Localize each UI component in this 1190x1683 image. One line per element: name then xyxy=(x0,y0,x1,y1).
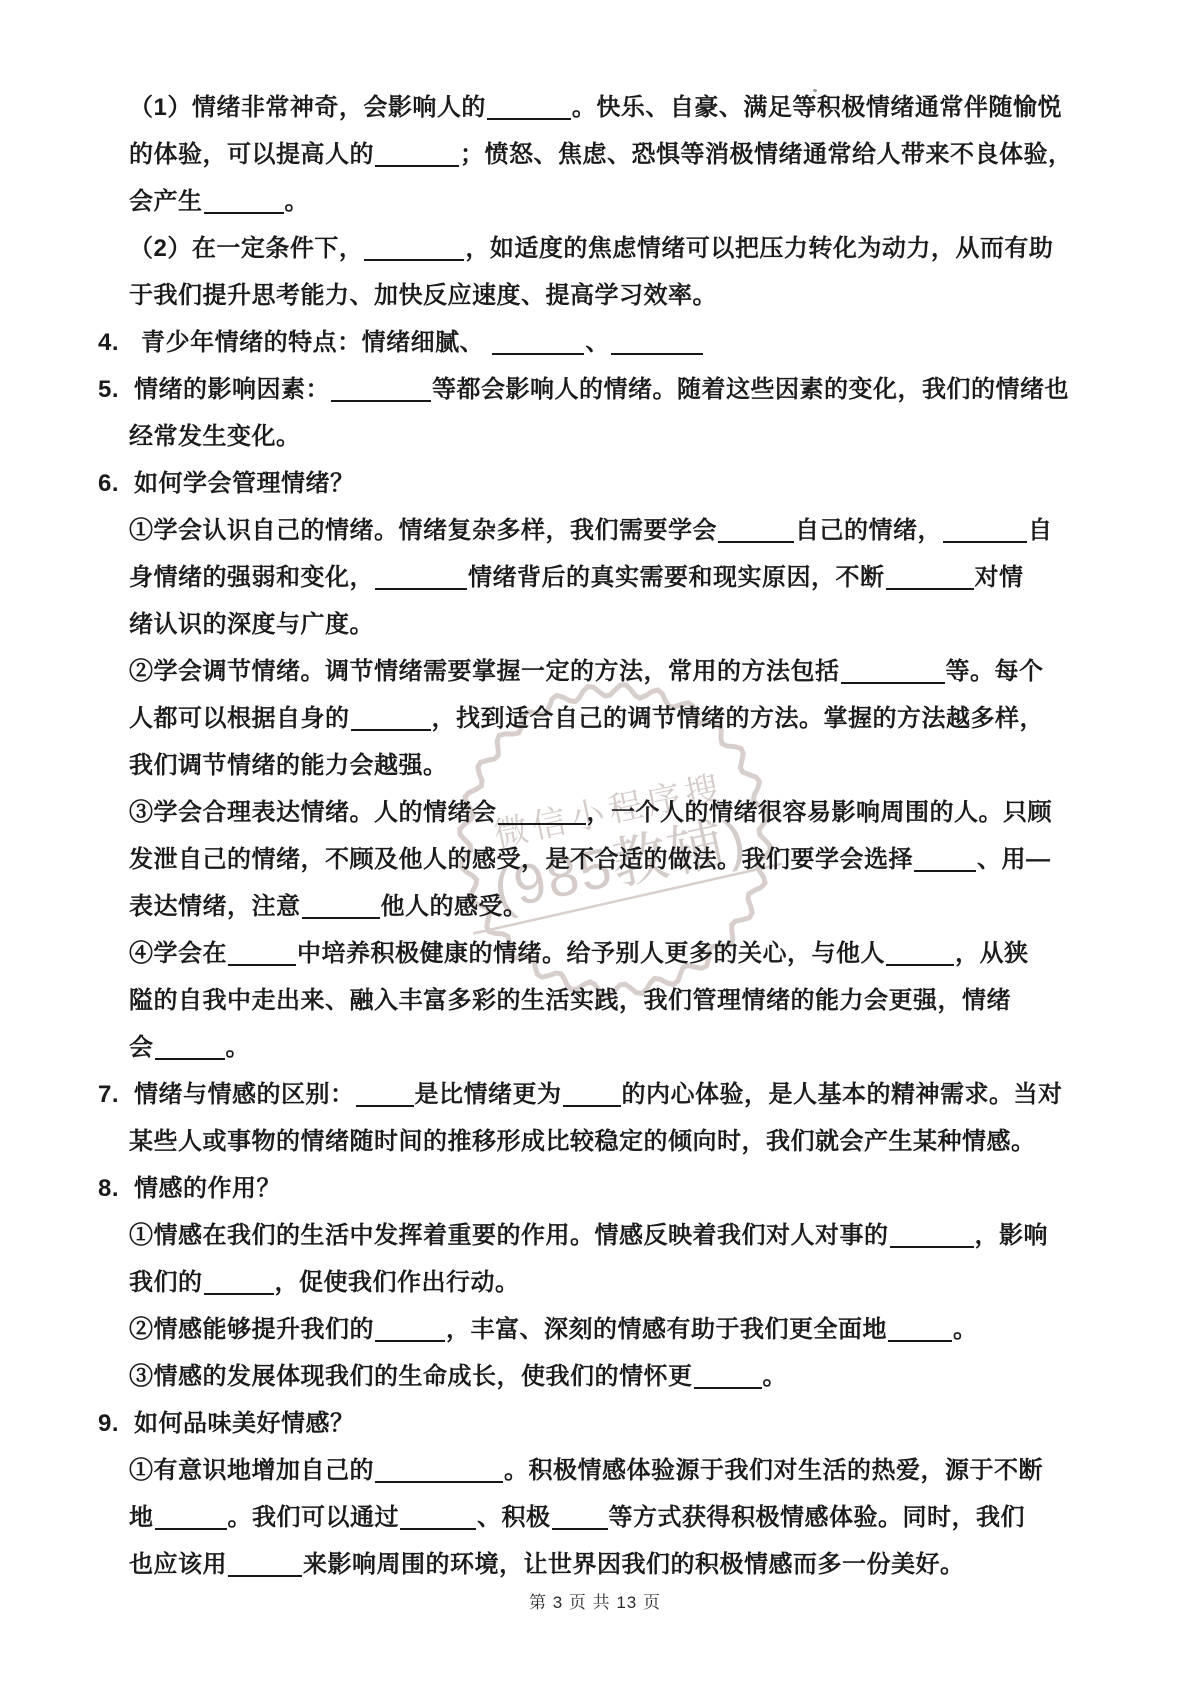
fill-in-blank xyxy=(155,1056,225,1060)
text-run: ，影响 xyxy=(975,1222,1049,1249)
text-run: ④学会在 xyxy=(129,940,227,967)
doc-line: 于我们提升思考能力、加快反应速度、提高学习效率。 xyxy=(0,272,1190,319)
text-run: 青少年情绪的特点：情绪细腻、 xyxy=(134,329,491,356)
doc-line: 绪认识的深度与广度。 xyxy=(0,601,1190,648)
doc-line: ①有意识地增加自己的。积极情感体验源于我们对生活的热爱，源于不断 xyxy=(0,1447,1190,1494)
fill-in-blank xyxy=(400,1526,476,1530)
doc-line: ②情感能够提升我们的，丰富、深刻的情感有助于我们更全面地。 xyxy=(0,1306,1190,1353)
text-run: 我们调节情绪的能力会越强。 xyxy=(129,752,448,779)
text-run: 他人的感受。 xyxy=(381,893,528,920)
text-run: 隘的自我中走出来、融入丰富多彩的生活实践，我们管理情绪的能力会更强，情绪 xyxy=(129,987,1011,1014)
doc-line: 5.情绪的影响因素：等都会影响人的情绪。随着这些因素的变化，我们的情绪也 xyxy=(0,366,1190,413)
fill-in-blank xyxy=(204,210,284,214)
text-run: 。我们可以通过 xyxy=(228,1504,400,1531)
text-run: ，从狭 xyxy=(955,940,1029,967)
text-run: ③学会合理表达情绪。人的情绪会 xyxy=(129,799,497,826)
doc-line: 隘的自我中走出来、融入丰富多彩的生活实践，我们管理情绪的能力会更强，情绪 xyxy=(0,977,1190,1024)
doc-line: （1）情绪非常神奇，会影响人的。快乐、自豪、满足等积极情绪通常伴随愉悦 xyxy=(0,84,1190,131)
fill-in-blank xyxy=(302,915,380,919)
text-run: 于我们提升思考能力、加快反应速度、提高学习效率。 xyxy=(129,282,717,309)
fill-in-blank xyxy=(841,680,945,684)
doc-line: 某些人或事物的情绪随时间的推移形成比较稳定的倾向时，我们就会产生某种情感。 xyxy=(0,1118,1190,1165)
text-run: 、积极 xyxy=(477,1504,551,1531)
item-number: 5. xyxy=(98,366,134,413)
text-run: 也应该用 xyxy=(129,1551,227,1578)
text-run: 。积极情感体验源于我们对生活的热爱，源于不断 xyxy=(504,1457,1043,1484)
doc-line: 6.如何学会管理情绪？ xyxy=(0,460,1190,507)
text-run: 。 xyxy=(763,1363,788,1390)
text-run: 、用— xyxy=(977,846,1051,873)
text-run: 对情 xyxy=(975,564,1024,591)
page-footer: 第 3 页 共 13 页 xyxy=(0,1592,1190,1614)
text-run: 、 xyxy=(585,329,610,356)
fill-in-blank xyxy=(914,868,976,872)
text-run: 某些人或事物的情绪随时间的推移形成比较稳定的倾向时，我们就会产生某种情感。 xyxy=(129,1128,1036,1155)
text-run: （2）在一定条件下， xyxy=(129,235,363,262)
doc-line: ②学会调节情绪。调节情绪需要掌握一定的方法，常用的方法包括等。每个 xyxy=(0,648,1190,695)
text-run: 如何学会管理情绪？ xyxy=(134,470,355,497)
doc-line: 7.情绪与情感的区别：是比情绪更为的内心体验，是人基本的精神需求。当对 xyxy=(0,1071,1190,1118)
fill-in-blank xyxy=(492,351,584,355)
fill-in-blank xyxy=(498,821,586,825)
doc-line: ③学会合理表达情绪。人的情绪会，一个人的情绪很容易影响周围的人。只顾 xyxy=(0,789,1190,836)
text-run: 情绪的影响因素： xyxy=(134,376,330,403)
text-run: 的体验，可以提高人的 xyxy=(129,141,374,168)
doc-line: ③情感的发展体现我们的生命成长，使我们的情怀更。 xyxy=(0,1353,1190,1400)
text-run: 情绪背后的真实需要和现实原因，不断 xyxy=(468,564,885,591)
text-run: ②情感能够提升我们的 xyxy=(129,1316,374,1343)
fill-in-blank xyxy=(694,1385,762,1389)
text-run: 等都会影响人的情绪。随着这些因素的变化，我们的情绪也 xyxy=(432,376,1069,403)
doc-line: 8.情感的作用？ xyxy=(0,1165,1190,1212)
fill-in-blank xyxy=(228,962,296,966)
text-run: （1）情绪非常神奇，会影响人的 xyxy=(129,94,486,121)
doc-line: 地。我们可以通过、积极等方式获得积极情感体验。同时，我们 xyxy=(0,1494,1190,1541)
text-run: 。 xyxy=(953,1316,978,1343)
text-run: 情绪与情感的区别： xyxy=(134,1081,355,1108)
text-run: 等方式获得积极情感体验。同时，我们 xyxy=(609,1504,1026,1531)
fill-in-blank xyxy=(487,116,571,120)
fill-in-blank xyxy=(356,1103,414,1107)
item-number: 6. xyxy=(98,460,134,507)
doc-line: 9.如何品味美好情感？ xyxy=(0,1400,1190,1447)
text-run: 经常发生变化。 xyxy=(129,423,301,450)
fill-in-blank xyxy=(886,962,954,966)
text-run: 。 xyxy=(285,188,310,215)
item-number: 4. xyxy=(98,319,134,366)
item-number: 8. xyxy=(98,1165,134,1212)
doc-line: 身情绪的强弱和变化，情绪背后的真实需要和现实原因，不断对情 xyxy=(0,554,1190,601)
text-run: 的内心体验，是人基本的精神需求。当对 xyxy=(622,1081,1063,1108)
doc-line: 我们调节情绪的能力会越强。 xyxy=(0,742,1190,789)
text-run: ①有意识地增加自己的 xyxy=(129,1457,374,1484)
doc-line: 会产生。 xyxy=(0,178,1190,225)
text-run: 等。每个 xyxy=(946,658,1044,685)
fill-in-blank xyxy=(155,1526,227,1530)
document-page: 微信小程序搜 (985教辅) （1）情绪非常神奇，会影响人的。快乐、自豪、满足等… xyxy=(0,0,1190,1683)
text-run: 。快乐、自豪、满足等积极情绪通常伴随愉悦 xyxy=(572,94,1062,121)
fill-in-blank xyxy=(228,1573,302,1577)
text-run: ，找到适合自己的调节情绪的方法。掌握的方法越多样， xyxy=(432,705,1045,732)
fill-in-blank xyxy=(375,586,467,590)
fill-in-blank xyxy=(611,351,703,355)
fill-in-blank xyxy=(375,1479,503,1483)
text-run: ①情感在我们的生活中发挥着重要的作用。情感反映着我们对人对事的 xyxy=(129,1222,889,1249)
fill-in-blank xyxy=(552,1526,608,1530)
text-run: 是比情绪更为 xyxy=(415,1081,562,1108)
doc-line: 我们的，促使我们作出行动。 xyxy=(0,1259,1190,1306)
text-run: ③情感的发展体现我们的生命成长，使我们的情怀更 xyxy=(129,1363,693,1390)
doc-line: 也应该用来影响周围的环境，让世界因我们的积极情感而多一份美好。 xyxy=(0,1541,1190,1588)
text-run: 。 xyxy=(226,1034,251,1061)
text-run: 自己的情绪， xyxy=(795,517,942,544)
doc-line: ①学会认识自己的情绪。情绪复杂多样，我们需要学会自己的情绪，自 xyxy=(0,507,1190,554)
text-run: ，丰富、深刻的情感有助于我们更全面地 xyxy=(446,1316,887,1343)
text-run: 中培养积极健康的情绪。给予别人更多的关心，与他人 xyxy=(297,940,885,967)
fill-in-blank xyxy=(375,1338,445,1342)
text-run: ；愤怒、焦虑、恐惧等消极情绪通常给人带来不良体验， xyxy=(460,141,1073,168)
fill-in-blank xyxy=(563,1103,621,1107)
fill-in-blank xyxy=(718,539,794,543)
text-run: 来影响周围的环境，让世界因我们的积极情感而多一份美好。 xyxy=(303,1551,965,1578)
fill-in-blank xyxy=(204,1291,274,1295)
text-run: 表达情绪，注意 xyxy=(129,893,301,920)
text-run: 情感的作用？ xyxy=(134,1175,281,1202)
text-run: ②学会调节情绪。调节情绪需要掌握一定的方法，常用的方法包括 xyxy=(129,658,840,685)
fill-in-blank xyxy=(331,398,431,402)
fill-in-blank xyxy=(351,727,431,731)
doc-line: 会。 xyxy=(0,1024,1190,1071)
document-lines: （1）情绪非常神奇，会影响人的。快乐、自豪、满足等积极情绪通常伴随愉悦的体验，可… xyxy=(0,84,1190,1588)
fill-in-blank xyxy=(943,539,1027,543)
text-run: 自 xyxy=(1028,517,1053,544)
fill-in-blank xyxy=(890,1244,974,1248)
text-run: 如何品味美好情感？ xyxy=(134,1410,355,1437)
item-number: 7. xyxy=(98,1071,134,1118)
doc-line: 表达情绪，注意他人的感受。 xyxy=(0,883,1190,930)
text-run: ，如适度的焦虑情绪可以把压力转化为动力，从而有助 xyxy=(465,235,1053,262)
doc-line: 发泄自己的情绪，不顾及他人的感受，是不合适的做法。我们要学会选择、用— xyxy=(0,836,1190,883)
text-run: ，一个人的情绪很容易影响周围的人。只顾 xyxy=(587,799,1053,826)
text-run: 发泄自己的情绪，不顾及他人的感受，是不合适的做法。我们要学会选择 xyxy=(129,846,913,873)
text-run: 身情绪的强弱和变化， xyxy=(129,564,374,591)
text-run: ①学会认识自己的情绪。情绪复杂多样，我们需要学会 xyxy=(129,517,717,544)
text-run: 会产生 xyxy=(129,188,203,215)
text-run: 人都可以根据自身的 xyxy=(129,705,350,732)
doc-line: 4. 青少年情绪的特点：情绪细腻、 、 xyxy=(0,319,1190,366)
fill-in-blank xyxy=(375,163,459,167)
text-run: ，促使我们作出行动。 xyxy=(275,1269,520,1296)
text-run: 地 xyxy=(129,1504,154,1531)
text-run: 会 xyxy=(129,1034,154,1061)
doc-line: ①情感在我们的生活中发挥着重要的作用。情感反映着我们对人对事的，影响 xyxy=(0,1212,1190,1259)
fill-in-blank xyxy=(886,586,974,590)
doc-line: 经常发生变化。 xyxy=(0,413,1190,460)
doc-line: 的体验，可以提高人的；愤怒、焦虑、恐惧等消极情绪通常给人带来不良体验， xyxy=(0,131,1190,178)
doc-line: （2）在一定条件下，，如适度的焦虑情绪可以把压力转化为动力，从而有助 xyxy=(0,225,1190,272)
doc-line: ④学会在中培养积极健康的情绪。给予别人更多的关心，与他人，从狭 xyxy=(0,930,1190,977)
item-number: 9. xyxy=(98,1400,134,1447)
text-run: 我们的 xyxy=(129,1269,203,1296)
fill-in-blank xyxy=(364,257,464,261)
text-run: 绪认识的深度与广度。 xyxy=(129,611,374,638)
fill-in-blank xyxy=(888,1338,952,1342)
doc-line: 人都可以根据自身的，找到适合自己的调节情绪的方法。掌握的方法越多样， xyxy=(0,695,1190,742)
